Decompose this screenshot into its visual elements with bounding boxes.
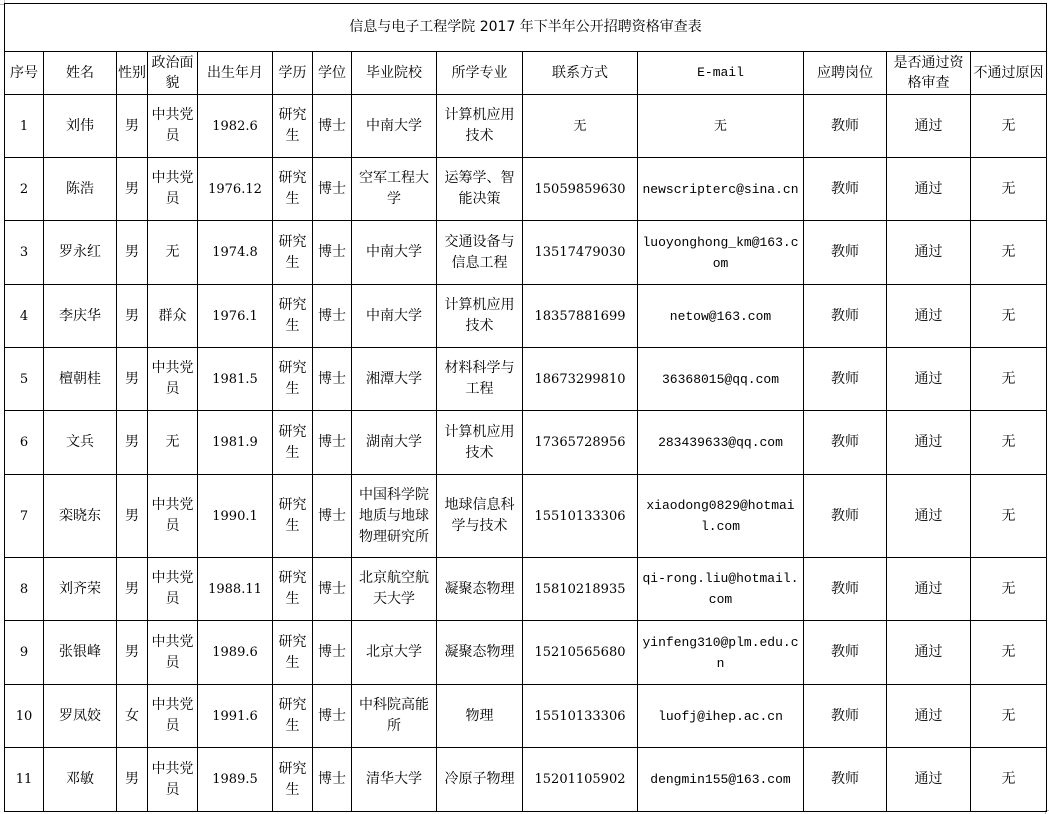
cell-passed: 通过: [887, 411, 971, 475]
cell-reason: 无: [971, 95, 1047, 158]
cell-name: 文兵: [44, 411, 117, 475]
cell-no: 8: [5, 558, 44, 621]
cell-no: 6: [5, 411, 44, 475]
table-row: 10罗凤姣女中共党员1991.6研究生博士中科院高能所物理15510133306…: [5, 685, 1047, 748]
cell-email: dengmin155@163.com: [638, 748, 804, 812]
cell-email: qi-rong.liu@hotmail.com: [638, 558, 804, 621]
cell-phone: 15059859630: [523, 158, 638, 221]
table-row: 11邓敏男中共党员1989.5研究生博士清华大学冷原子物理15201105902…: [5, 748, 1047, 812]
cell-school: 中南大学: [352, 285, 437, 348]
cell-gender: 男: [117, 558, 148, 621]
cell-gender: 男: [117, 348, 148, 411]
cell-birth: 1988.11: [198, 558, 273, 621]
cell-degree: 博士: [313, 95, 352, 158]
header-reason: 不通过原因: [971, 52, 1047, 95]
cell-reason: 无: [971, 285, 1047, 348]
cell-position: 教师: [804, 475, 887, 558]
cell-passed: 通过: [887, 558, 971, 621]
cell-degree: 博士: [313, 621, 352, 685]
cell-school: 空军工程大学: [352, 158, 437, 221]
cell-reason: 无: [971, 348, 1047, 411]
header-political: 政治面貌: [148, 52, 198, 95]
cell-passed: 通过: [887, 348, 971, 411]
cell-political: 中共党员: [148, 348, 198, 411]
header-birth: 出生年月: [198, 52, 273, 95]
cell-email: 283439633@qq.com: [638, 411, 804, 475]
cell-degree: 博士: [313, 558, 352, 621]
cell-education: 研究生: [273, 348, 313, 411]
cell-birth: 1981.9: [198, 411, 273, 475]
cell-email: luofj@ihep.ac.cn: [638, 685, 804, 748]
cell-position: 教师: [804, 558, 887, 621]
cell-education: 研究生: [273, 95, 313, 158]
cell-major: 材料科学与工程: [437, 348, 523, 411]
cell-reason: 无: [971, 221, 1047, 285]
cell-education: 研究生: [273, 558, 313, 621]
cell-education: 研究生: [273, 621, 313, 685]
header-degree: 学位: [313, 52, 352, 95]
cell-no: 2: [5, 158, 44, 221]
cell-no: 3: [5, 221, 44, 285]
cell-birth: 1991.6: [198, 685, 273, 748]
cell-political: 中共党员: [148, 475, 198, 558]
cell-name: 李庆华: [44, 285, 117, 348]
table-row: 7栾晓东男中共党员1990.1研究生博士中国科学院地质与地球物理研究所地球信息科…: [5, 475, 1047, 558]
table-title: 信息与电子工程学院 2017 年下半年公开招聘资格审查表: [5, 4, 1047, 52]
cell-education: 研究生: [273, 285, 313, 348]
cell-reason: 无: [971, 621, 1047, 685]
cell-name: 邓敏: [44, 748, 117, 812]
cell-phone: 15810218935: [523, 558, 638, 621]
cell-degree: 博士: [313, 348, 352, 411]
table-row: 8刘齐荣男中共党员1988.11研究生博士北京航空航天大学凝聚态物理158102…: [5, 558, 1047, 621]
cell-education: 研究生: [273, 685, 313, 748]
cell-school: 中南大学: [352, 95, 437, 158]
cell-phone: 13517479030: [523, 221, 638, 285]
cell-birth: 1981.5: [198, 348, 273, 411]
cell-major: 物理: [437, 685, 523, 748]
cell-position: 教师: [804, 158, 887, 221]
cell-major: 运筹学、智能决策: [437, 158, 523, 221]
cell-political: 中共党员: [148, 158, 198, 221]
table-row: 6文兵男无1981.9研究生博士湖南大学计算机应用技术1736572895628…: [5, 411, 1047, 475]
cell-passed: 通过: [887, 95, 971, 158]
cell-reason: 无: [971, 558, 1047, 621]
cell-position: 教师: [804, 348, 887, 411]
table-row: 9张银峰男中共党员1989.6研究生博士北京大学凝聚态物理15210565680…: [5, 621, 1047, 685]
cell-birth: 1989.6: [198, 621, 273, 685]
table-row: 2陈浩男中共党员1976.12研究生博士空军工程大学运筹学、智能决策150598…: [5, 158, 1047, 221]
table-body: 1刘伟男中共党员1982.6研究生博士中南大学计算机应用技术无无教师通过无2陈浩…: [5, 95, 1047, 812]
cell-major: 计算机应用技术: [437, 411, 523, 475]
cell-degree: 博士: [313, 748, 352, 812]
cell-political: 中共党员: [148, 621, 198, 685]
cell-political: 中共党员: [148, 95, 198, 158]
cell-reason: 无: [971, 748, 1047, 812]
cell-name: 陈浩: [44, 158, 117, 221]
cell-email: xiaodong0829@hotmail.com: [638, 475, 804, 558]
cell-gender: 男: [117, 221, 148, 285]
cell-major: 凝聚态物理: [437, 621, 523, 685]
cell-name: 刘伟: [44, 95, 117, 158]
cell-passed: 通过: [887, 221, 971, 285]
header-email: E-mail: [638, 52, 804, 95]
cell-position: 教师: [804, 621, 887, 685]
cell-position: 教师: [804, 285, 887, 348]
cell-email: netow@163.com: [638, 285, 804, 348]
cell-gender: 男: [117, 475, 148, 558]
cell-gender: 男: [117, 285, 148, 348]
cell-phone: 18357881699: [523, 285, 638, 348]
table-row: 1刘伟男中共党员1982.6研究生博士中南大学计算机应用技术无无教师通过无: [5, 95, 1047, 158]
cell-email: 无: [638, 95, 804, 158]
cell-reason: 无: [971, 475, 1047, 558]
cell-school: 清华大学: [352, 748, 437, 812]
cell-phone: 15210565680: [523, 621, 638, 685]
cell-education: 研究生: [273, 221, 313, 285]
cell-position: 教师: [804, 221, 887, 285]
cell-name: 张银峰: [44, 621, 117, 685]
cell-phone: 18673299810: [523, 348, 638, 411]
cell-political: 中共党员: [148, 748, 198, 812]
cell-name: 刘齐荣: [44, 558, 117, 621]
cell-major: 冷原子物理: [437, 748, 523, 812]
cell-name: 罗永红: [44, 221, 117, 285]
cell-email: yinfeng310@plm.edu.cn: [638, 621, 804, 685]
cell-reason: 无: [971, 158, 1047, 221]
table-row: 3罗永红男无1974.8研究生博士中南大学交通设备与信息工程1351747903…: [5, 221, 1047, 285]
cell-major: 交通设备与信息工程: [437, 221, 523, 285]
cell-gender: 男: [117, 621, 148, 685]
table-row: 5檀朝桂男中共党员1981.5研究生博士湘潭大学材料科学与工程186732998…: [5, 348, 1047, 411]
cell-school: 中南大学: [352, 221, 437, 285]
cell-name: 罗凤姣: [44, 685, 117, 748]
cell-no: 7: [5, 475, 44, 558]
cell-school: 湖南大学: [352, 411, 437, 475]
cell-school: 北京航空航天大学: [352, 558, 437, 621]
cell-political: 群众: [148, 285, 198, 348]
cell-position: 教师: [804, 748, 887, 812]
cell-phone: 15201105902: [523, 748, 638, 812]
header-no: 序号: [5, 52, 44, 95]
cell-birth: 1990.1: [198, 475, 273, 558]
cell-gender: 男: [117, 95, 148, 158]
cell-reason: 无: [971, 685, 1047, 748]
header-position: 应聘岗位: [804, 52, 887, 95]
cell-reason: 无: [971, 411, 1047, 475]
header-passed: 是否通过资格审查: [887, 52, 971, 95]
cell-gender: 男: [117, 748, 148, 812]
cell-gender: 男: [117, 411, 148, 475]
cell-education: 研究生: [273, 748, 313, 812]
cell-birth: 1974.8: [198, 221, 273, 285]
cell-education: 研究生: [273, 411, 313, 475]
header-major: 所学专业: [437, 52, 523, 95]
qualification-review-table: 信息与电子工程学院 2017 年下半年公开招聘资格审查表 序号 姓名 性别 政治…: [4, 3, 1047, 812]
cell-gender: 女: [117, 685, 148, 748]
cell-birth: 1982.6: [198, 95, 273, 158]
cell-political: 无: [148, 221, 198, 285]
cell-email: 36368015@qq.com: [638, 348, 804, 411]
cell-no: 4: [5, 285, 44, 348]
cell-email: newscripterc@sina.cn: [638, 158, 804, 221]
cell-no: 11: [5, 748, 44, 812]
cell-phone: 15510133306: [523, 475, 638, 558]
cell-major: 地球信息科学与技术: [437, 475, 523, 558]
cell-email: luoyonghong_km@163.com: [638, 221, 804, 285]
cell-major: 计算机应用技术: [437, 95, 523, 158]
cell-name: 檀朝桂: [44, 348, 117, 411]
cell-school: 湘潭大学: [352, 348, 437, 411]
cell-passed: 通过: [887, 748, 971, 812]
cell-passed: 通过: [887, 158, 971, 221]
cell-position: 教师: [804, 95, 887, 158]
cell-political: 中共党员: [148, 558, 198, 621]
cell-position: 教师: [804, 411, 887, 475]
cell-major: 凝聚态物理: [437, 558, 523, 621]
cell-no: 1: [5, 95, 44, 158]
cell-major: 计算机应用技术: [437, 285, 523, 348]
cell-name: 栾晓东: [44, 475, 117, 558]
cell-gender: 男: [117, 158, 148, 221]
cell-degree: 博士: [313, 685, 352, 748]
cell-passed: 通过: [887, 685, 971, 748]
cell-no: 10: [5, 685, 44, 748]
header-school: 毕业院校: [352, 52, 437, 95]
cell-passed: 通过: [887, 285, 971, 348]
cell-phone: 15510133306: [523, 685, 638, 748]
cell-political: 中共党员: [148, 685, 198, 748]
header-row: 序号 姓名 性别 政治面貌 出生年月 学历 学位 毕业院校 所学专业 联系方式 …: [5, 52, 1047, 95]
cell-education: 研究生: [273, 158, 313, 221]
cell-degree: 博士: [313, 158, 352, 221]
cell-birth: 1976.1: [198, 285, 273, 348]
header-gender: 性别: [117, 52, 148, 95]
cell-phone: 17365728956: [523, 411, 638, 475]
cell-position: 教师: [804, 685, 887, 748]
cell-no: 5: [5, 348, 44, 411]
cell-political: 无: [148, 411, 198, 475]
cell-birth: 1989.5: [198, 748, 273, 812]
header-education: 学历: [273, 52, 313, 95]
cell-school: 中科院高能所: [352, 685, 437, 748]
cell-passed: 通过: [887, 475, 971, 558]
cell-degree: 博士: [313, 475, 352, 558]
cell-no: 9: [5, 621, 44, 685]
cell-degree: 博士: [313, 221, 352, 285]
cell-degree: 博士: [313, 285, 352, 348]
header-name: 姓名: [44, 52, 117, 95]
cell-education: 研究生: [273, 475, 313, 558]
table-row: 4李庆华男群众1976.1研究生博士中南大学计算机应用技术18357881699…: [5, 285, 1047, 348]
cell-school: 中国科学院地质与地球物理研究所: [352, 475, 437, 558]
cell-passed: 通过: [887, 621, 971, 685]
cell-birth: 1976.12: [198, 158, 273, 221]
cell-degree: 博士: [313, 411, 352, 475]
cell-phone: 无: [523, 95, 638, 158]
header-phone: 联系方式: [523, 52, 638, 95]
cell-school: 北京大学: [352, 621, 437, 685]
